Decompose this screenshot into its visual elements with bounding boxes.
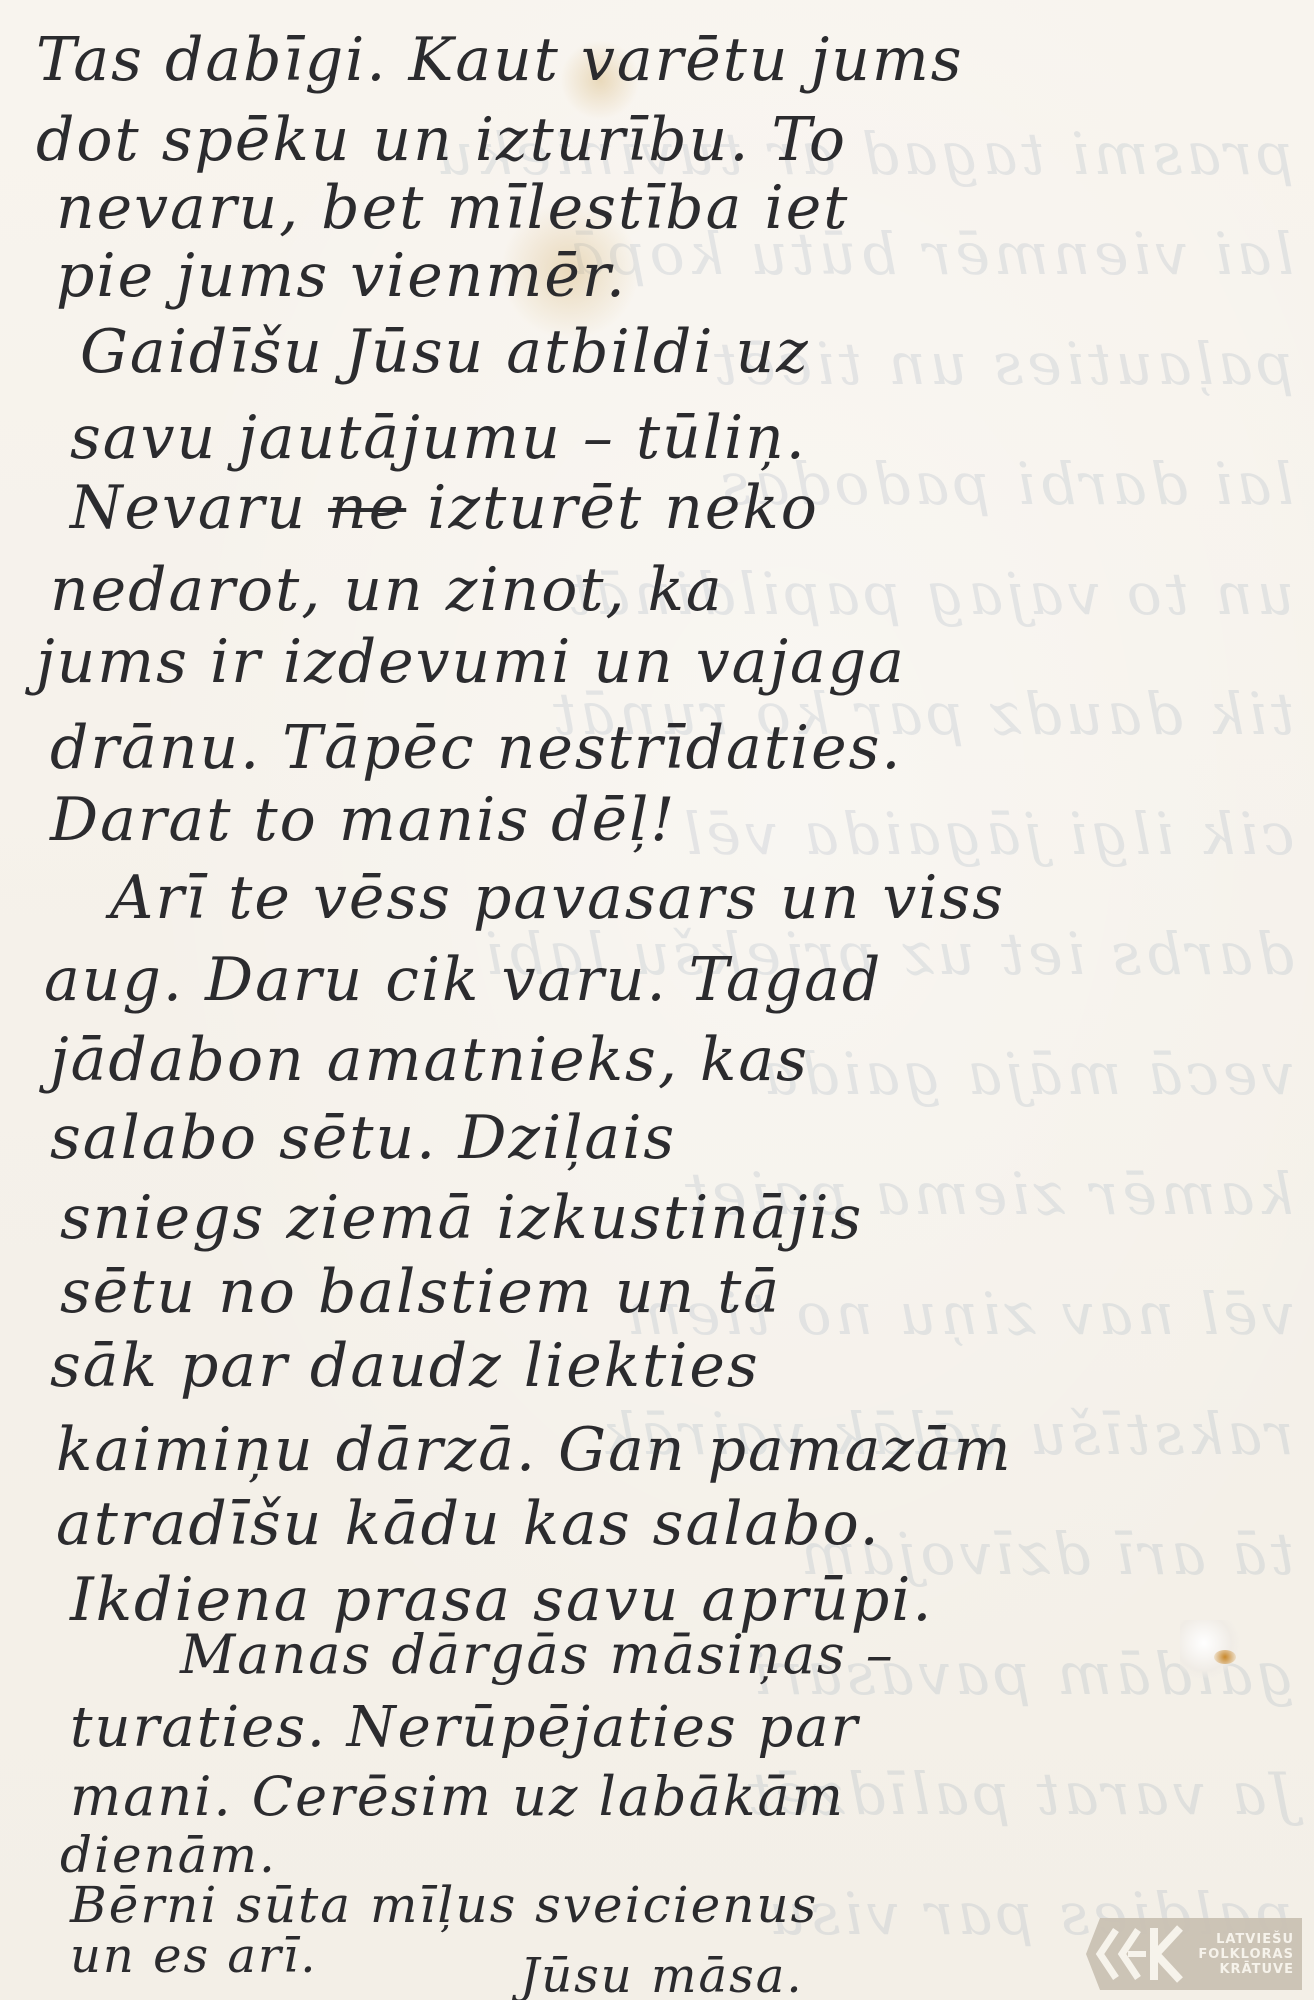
letter-line-9: jums ir izdevumi un vajaga xyxy=(36,632,906,692)
letter-line-2: dot spēku un izturību. To xyxy=(36,110,847,170)
letter-line-1: Tas dabīgi. Kaut varētu jums xyxy=(36,30,964,90)
letter-line-13: aug. Daru cik varu. Tagad xyxy=(44,950,882,1010)
letter-line-23: turaties. Nerūpējaties par xyxy=(70,1700,859,1756)
letter-line-10: drānu. Tāpēc nestrīdaties. xyxy=(50,718,902,778)
watermark-line-1: LATVIEŠU xyxy=(1216,1932,1294,1947)
letter-line-22: Manas dārgās māsiņas – xyxy=(180,1628,895,1682)
letter-line-20: atradīšu kādu kas salabo. xyxy=(56,1494,881,1554)
letter-line-26: Bērni sūta mīļus sveicienus xyxy=(70,1880,818,1930)
lfk-chevron-logo-icon xyxy=(1086,1918,1186,1990)
watermark-line-3: KRĀTUVE xyxy=(1219,1962,1294,1977)
letter-line-24: mani. Cerēsim uz labākām xyxy=(70,1770,845,1824)
letter-line-6: savu jautājumu – tūliņ. xyxy=(70,408,807,468)
handwritten-letter: Tas dabīgi. Kaut varētu jums dot spēku u… xyxy=(0,0,1314,2000)
letter-line-17: sētu no balstiem un tā xyxy=(60,1262,781,1322)
letter-line-12: Arī te vēss pavasars un viss xyxy=(110,868,1005,928)
letter-line-18: sāk par daudz liekties xyxy=(50,1336,760,1396)
watermark-line-2: FOLKLORAS xyxy=(1198,1947,1294,1962)
letter-line-5: Gaidīšu Jūsu atbildi uz xyxy=(80,322,810,382)
letter-line-7: Nevaru ne izturēt neko xyxy=(70,478,819,538)
letter-line-15: salabo sētu. Dziļais xyxy=(50,1108,676,1168)
letter-line-16: sniegs ziemā izkustinājis xyxy=(60,1188,863,1248)
letter-line-14: jādabon amatnieks, kas xyxy=(50,1030,809,1090)
line-7-end: izturēt neko xyxy=(406,473,819,543)
letter-line-4: pie jums vienmēr. xyxy=(56,246,627,306)
lfk-archive-name: LATVIEŠU FOLKLORAS KRĀTUVE xyxy=(1186,1932,1302,1977)
letter-line-19: kaimiņu dārzā. Gan pamazām xyxy=(56,1420,1013,1480)
lfk-archive-watermark: LATVIEŠU FOLKLORAS KRĀTUVE xyxy=(1086,1918,1302,1990)
letter-signature: Jūsu māsa. xyxy=(520,1952,804,2000)
struck-out-word: ne xyxy=(328,473,406,543)
letter-line-8: nedarot, un zinot, ka xyxy=(50,560,724,620)
letter-line-11: Darat to manis dēļ! xyxy=(50,790,676,850)
letter-line-25: dienām. xyxy=(60,1830,277,1880)
line-7-start: Nevaru xyxy=(70,473,328,543)
letter-line-3: nevaru, bet mīlestība iet xyxy=(56,178,849,238)
letter-line-27: un es arī. xyxy=(70,1932,318,1980)
letter-line-21: Ikdiena prasa savu aprūpi. xyxy=(70,1570,934,1630)
